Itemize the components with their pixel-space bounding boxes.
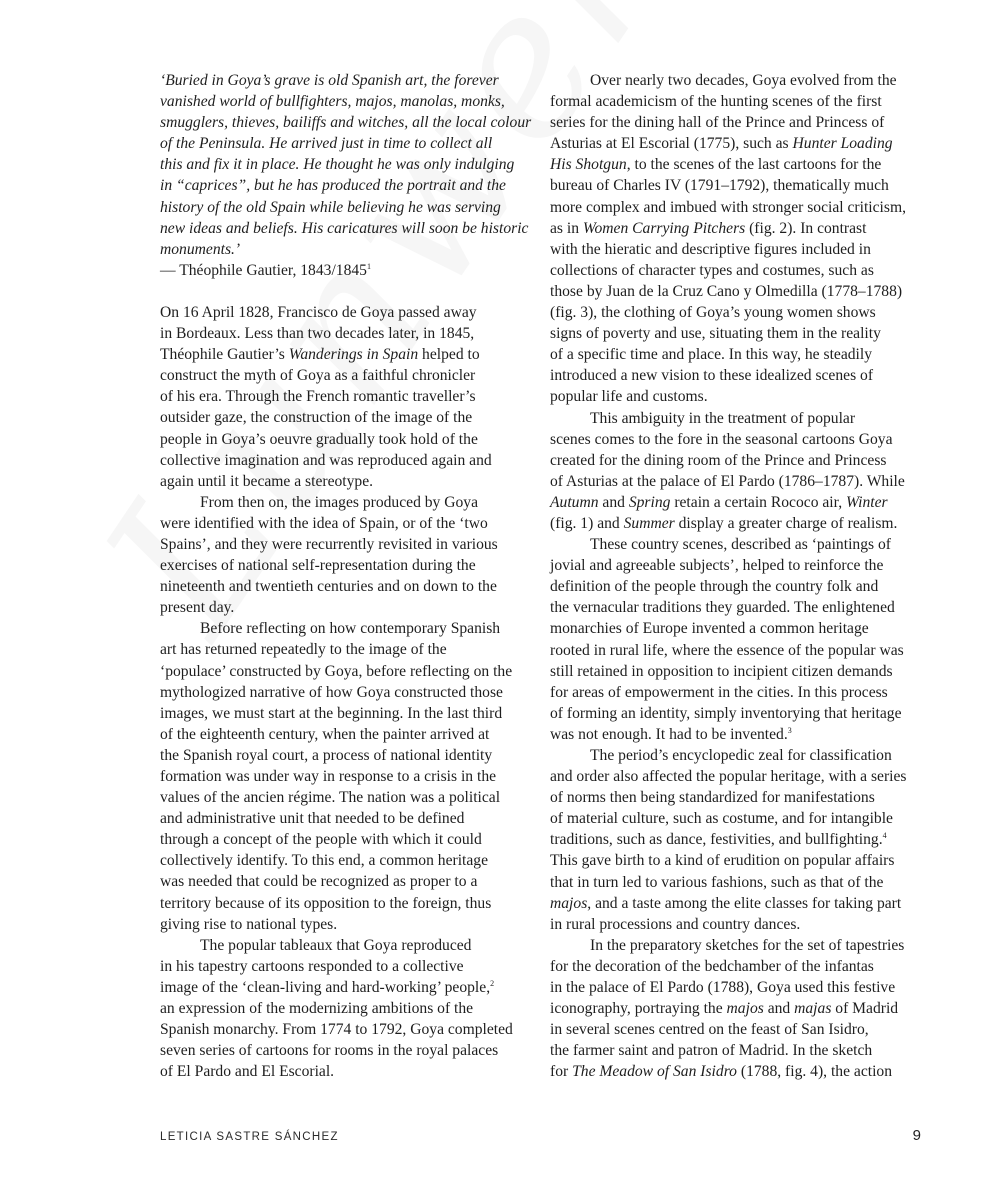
text-run: for <box>550 1063 572 1080</box>
text-line: definition of the people through the cou… <box>550 576 930 597</box>
text-line: collections of character types and costu… <box>550 260 930 281</box>
text-run: was not enough. It had to be invented. <box>550 726 788 743</box>
epigraph-line: vanished world of bullfighters, majos, m… <box>160 91 532 112</box>
text-line: iconography, portraying the majos and ma… <box>550 998 930 1019</box>
text-line: The period’s encyclopedic zeal for class… <box>550 745 930 766</box>
text-line: in several scenes centred on the feast o… <box>550 1019 930 1040</box>
text-line: popular life and customs. <box>550 386 930 407</box>
text-line: (fig. 3), the clothing of Goya’s young w… <box>550 302 930 323</box>
right-column: Over nearly two decades, Goya evolved fr… <box>550 70 930 1083</box>
text-line: mythologized narrative of how Goya const… <box>160 682 532 703</box>
text-line: of forming an identity, simply inventory… <box>550 703 930 724</box>
book-page: Lunwerg ‘Buried in Goya’s grave is old S… <box>0 0 1000 1200</box>
text-line: collective imagination and was reproduce… <box>160 450 532 471</box>
foreign-term: majas <box>794 1000 831 1017</box>
text-run: as in <box>550 220 583 237</box>
text-line: territory because of its opposition to t… <box>160 893 532 914</box>
paragraph-2: From then on, the images produced by Goy… <box>160 492 532 619</box>
text-line: more complex and imbued with stronger so… <box>550 197 930 218</box>
text-line: in his tapestry cartoons responded to a … <box>160 956 532 977</box>
text-line: These country scenes, described as ‘pain… <box>550 534 930 555</box>
footnote-ref-2[interactable]: 2 <box>490 979 494 988</box>
text-line: still retained in opposition to incipien… <box>550 661 930 682</box>
paragraph-4: The popular tableaux that Goya reproduce… <box>160 935 532 1083</box>
text-line: bureau of Charles IV (1791–1792), themat… <box>550 175 930 196</box>
artwork-title: Hunter Loading <box>793 135 893 152</box>
attribution-text: — Théophile Gautier, 1843/1845 <box>160 262 367 279</box>
text-run: Théophile Gautier’s <box>160 346 289 363</box>
epigraph-quote: ‘Buried in Goya’s grave is old Spanish a… <box>160 70 532 260</box>
text-line: of norms then being standardized for man… <box>550 787 930 808</box>
text-line: This gave birth to a kind of erudition o… <box>550 850 930 871</box>
text-line: signs of poverty and use, situating them… <box>550 323 930 344</box>
epigraph-attribution: — Théophile Gautier, 1843/18451 <box>160 260 532 281</box>
text-line: Spains’, and they were recurrently revis… <box>160 534 532 555</box>
text-line: traditions, such as dance, festivities, … <box>550 829 930 850</box>
text-line: an expression of the modernizing ambitio… <box>160 998 532 1019</box>
paragraph-5: Over nearly two decades, Goya evolved fr… <box>550 70 930 408</box>
text-line: the farmer saint and patron of Madrid. I… <box>550 1040 930 1061</box>
text-line: in Bordeaux. Less than two decades later… <box>160 323 532 344</box>
foreign-term: majos <box>727 1000 764 1017</box>
text-line: series for the dining hall of the Prince… <box>550 112 930 133</box>
footnote-ref-3[interactable]: 3 <box>788 726 792 735</box>
text-line: and order also affected the popular heri… <box>550 766 930 787</box>
text-line: of Asturias at the palace of El Pardo (1… <box>550 471 930 492</box>
text-run: and <box>764 1000 794 1017</box>
text-line: that in turn led to various fashions, su… <box>550 872 930 893</box>
text-line: Spanish monarchy. From 1774 to 1792, Goy… <box>160 1019 532 1040</box>
text-run: traditions, such as dance, festivities, … <box>550 831 883 848</box>
text-line: of El Pardo and El Escorial. <box>160 1061 532 1082</box>
text-line: majos, and a taste among the elite class… <box>550 893 930 914</box>
text-line: for the decoration of the bedchamber of … <box>550 956 930 977</box>
text-line: (fig. 1) and Summer display a greater ch… <box>550 513 930 534</box>
text-run: (fig. 1) and <box>550 515 624 532</box>
paragraph-1: On 16 April 1828, Francisco de Goya pass… <box>160 302 532 492</box>
text-line: present day. <box>160 597 532 618</box>
epigraph-line: monuments.’ <box>160 239 532 260</box>
footnote-ref-1[interactable]: 1 <box>367 262 371 271</box>
text-run: (fig. 2). In contrast <box>745 220 866 237</box>
epigraph-line: smugglers, thieves, bailiffs and witches… <box>160 112 532 133</box>
footnote-ref-4[interactable]: 4 <box>883 831 887 840</box>
book-title: Wanderings in Spain <box>289 346 418 363</box>
text-line: Before reflecting on how contemporary Sp… <box>160 618 532 639</box>
text-line: image of the ‘clean-living and hard-work… <box>160 977 532 998</box>
artwork-title: Autumn <box>550 494 599 511</box>
artwork-title: His Shotgun <box>550 156 627 173</box>
text-line: Asturias at El Escorial (1775), such as … <box>550 133 930 154</box>
text-line: with the hieratic and descriptive figure… <box>550 239 930 260</box>
paragraph-7: These country scenes, described as ‘pain… <box>550 534 930 745</box>
text-line: values of the ancien régime. The nation … <box>160 787 532 808</box>
epigraph-line: history of the old Spain while believing… <box>160 197 532 218</box>
text-line: people in Goya’s oeuvre gradually took h… <box>160 429 532 450</box>
text-line: in the palace of El Pardo (1788), Goya u… <box>550 977 930 998</box>
text-line: collectively identify. To this end, a co… <box>160 850 532 871</box>
text-line: for areas of empowerment in the cities. … <box>550 682 930 703</box>
text-line: as in Women Carrying Pitchers (fig. 2). … <box>550 218 930 239</box>
paragraph-9: In the preparatory sketches for the set … <box>550 935 930 1083</box>
text-run: , to the scenes of the last cartoons for… <box>627 156 882 173</box>
text-line: again until it became a stereotype. <box>160 471 532 492</box>
text-line: This ambiguity in the treatment of popul… <box>550 408 930 429</box>
text-line: those by Juan de la Cruz Cano y Olmedill… <box>550 281 930 302</box>
paragraph-6: This ambiguity in the treatment of popul… <box>550 408 930 535</box>
text-run: image of the ‘clean-living and hard-work… <box>160 979 490 996</box>
text-line: was not enough. It had to be invented.3 <box>550 724 930 745</box>
epigraph-line: of the Peninsula. He arrived just in tim… <box>160 133 532 154</box>
text-run: , and a taste among the elite classes fo… <box>587 895 901 912</box>
text-line: in rural processions and country dances. <box>550 914 930 935</box>
text-line: of a specific time and place. In this wa… <box>550 344 930 365</box>
text-run: retain a certain Rococo air, <box>670 494 846 511</box>
text-line: Théophile Gautier’s Wanderings in Spain … <box>160 344 532 365</box>
text-line: In the preparatory sketches for the set … <box>550 935 930 956</box>
text-line: monarchies of Europe invented a common h… <box>550 618 930 639</box>
text-line: The popular tableaux that Goya reproduce… <box>160 935 532 956</box>
text-line: introduced a new vision to these idealiz… <box>550 365 930 386</box>
text-line: was needed that could be recognized as p… <box>160 871 532 892</box>
epigraph-line: new ideas and beliefs. His caricatures w… <box>160 218 532 239</box>
epigraph-line: this and fix it in place. He thought he … <box>160 154 532 175</box>
text-line: giving rise to national types. <box>160 914 532 935</box>
text-line: ‘populace’ constructed by Goya, before r… <box>160 661 532 682</box>
text-line: outsider gaze, the construction of the i… <box>160 407 532 428</box>
paragraph-3: Before reflecting on how contemporary Sp… <box>160 618 532 934</box>
text-line: the vernacular traditions they guarded. … <box>550 597 930 618</box>
text-line: exercises of national self-representatio… <box>160 555 532 576</box>
artwork-title: Summer <box>624 515 675 532</box>
text-line: Autumn and Spring retain a certain Rococ… <box>550 492 930 513</box>
text-run: helped to <box>418 346 480 363</box>
running-footer-author: LETICIA SASTRE SÁNCHEZ <box>160 1131 339 1143</box>
text-run: (1788, fig. 4), the action <box>737 1063 892 1080</box>
artwork-title: Spring <box>629 494 671 511</box>
text-line: and administrative unit that needed to b… <box>160 808 532 829</box>
paragraph-8: The period’s encyclopedic zeal for class… <box>550 745 930 935</box>
text-line: of his era. Through the French romantic … <box>160 386 532 407</box>
artwork-title: The Meadow of San Isidro <box>572 1063 737 1080</box>
text-run: iconography, portraying the <box>550 1000 727 1017</box>
text-line: were identified with the idea of Spain, … <box>160 513 532 534</box>
left-column: ‘Buried in Goya’s grave is old Spanish a… <box>160 70 532 1082</box>
epigraph-line: ‘Buried in Goya’s grave is old Spanish a… <box>160 70 532 91</box>
text-line: the Spanish royal court, a process of na… <box>160 745 532 766</box>
text-line: seven series of cartoons for rooms in th… <box>160 1040 532 1061</box>
text-line: His Shotgun, to the scenes of the last c… <box>550 154 930 175</box>
text-line: for The Meadow of San Isidro (1788, fig.… <box>550 1061 930 1082</box>
text-line: of the eighteenth century, when the pain… <box>160 724 532 745</box>
text-line: construct the myth of Goya as a faithful… <box>160 365 532 386</box>
text-run: Asturias at El Escorial (1775), such as <box>550 135 793 152</box>
text-line: Over nearly two decades, Goya evolved fr… <box>550 70 930 91</box>
text-run: of Madrid <box>831 1000 898 1017</box>
text-line: art has returned repeatedly to the image… <box>160 639 532 660</box>
text-line: through a concept of the people with whi… <box>160 829 532 850</box>
text-line: created for the dining room of the Princ… <box>550 450 930 471</box>
foreign-term: majos <box>550 895 587 912</box>
text-line: formal academicism of the hunting scenes… <box>550 91 930 112</box>
text-line: rooted in rural life, where the essence … <box>550 640 930 661</box>
epigraph-line: in “caprices”, but he has produced the p… <box>160 175 532 196</box>
text-run: display a greater charge of realism. <box>675 515 898 532</box>
artwork-title: Winter <box>846 494 888 511</box>
text-line: images, we must start at the beginning. … <box>160 703 532 724</box>
text-line: jovial and agreeable subjects’, helped t… <box>550 555 930 576</box>
artwork-title: Women Carrying Pitchers <box>583 220 745 237</box>
page-number: 9 <box>913 1127 921 1144</box>
text-run: and <box>599 494 629 511</box>
text-line: From then on, the images produced by Goy… <box>160 492 532 513</box>
text-line: scenes comes to the fore in the seasonal… <box>550 429 930 450</box>
text-line: On 16 April 1828, Francisco de Goya pass… <box>160 302 532 323</box>
text-line: nineteenth and twentieth centuries and o… <box>160 576 532 597</box>
text-line: formation was under way in response to a… <box>160 766 532 787</box>
text-line: of material culture, such as costume, an… <box>550 808 930 829</box>
